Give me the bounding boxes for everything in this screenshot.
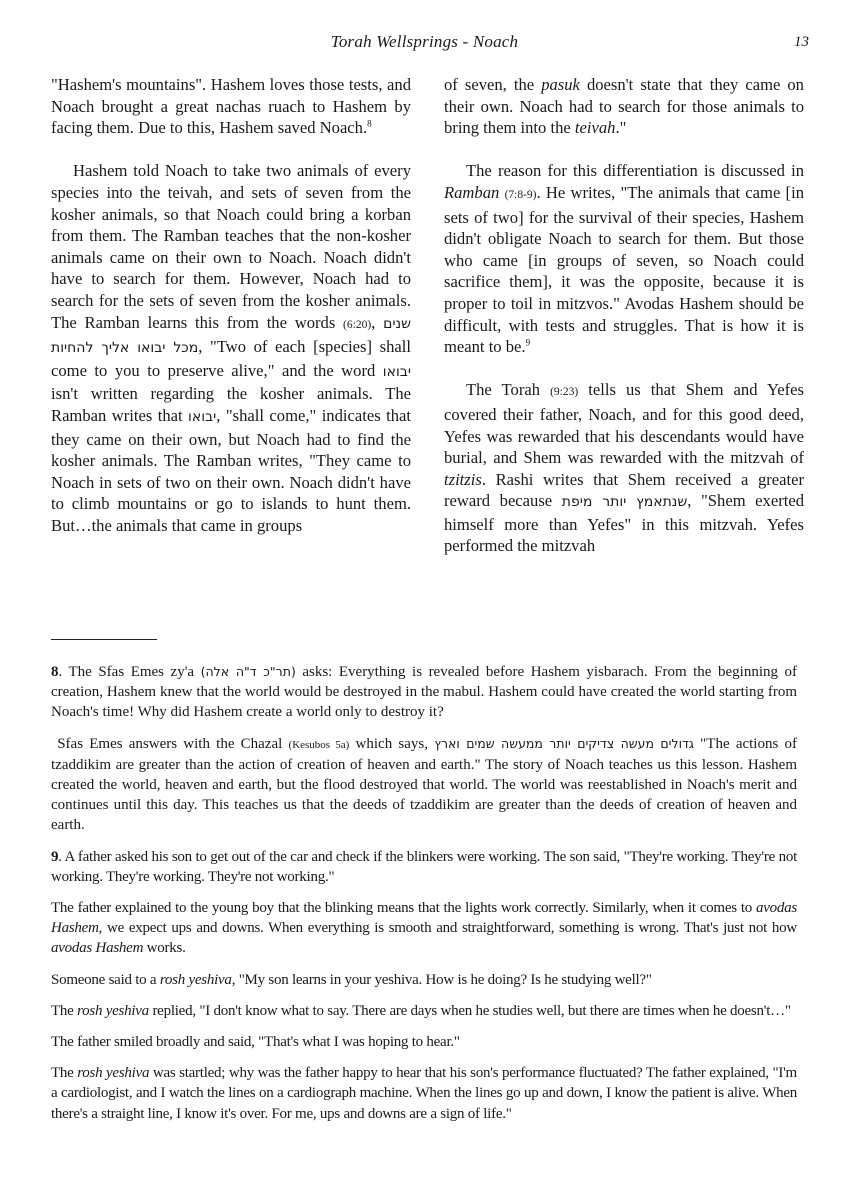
footnote-text: The father smiled broadly and said, "Tha…: [51, 1034, 460, 1050]
italic-term: pasuk: [541, 75, 580, 94]
italic-term: rosh yeshiva: [77, 1003, 149, 1019]
verse-reference: (9:23): [550, 386, 578, 398]
verse-reference: (7:8-9): [505, 189, 537, 201]
running-title: Torah Wellsprings - Noach: [0, 32, 849, 52]
paragraph: "Hashem's mountains". Hashem loves those…: [51, 74, 411, 139]
paragraph-text: of seven, the: [444, 75, 541, 94]
footnote-text: replied, "I don't know what to say. Ther…: [149, 1003, 791, 1019]
footnote-text: . A father asked his son to get out of t…: [51, 849, 797, 885]
footnote-text: The father explained to the young boy th…: [51, 900, 756, 916]
italic-term: avodas Hashem: [51, 940, 143, 956]
hebrew-quote: שנתאמץ יותר מיפת: [562, 494, 688, 510]
footnote-text: The: [51, 1003, 77, 1019]
footnote-text: . The Sfas Emes zy'a: [59, 664, 201, 680]
footnote-9: 9. A father asked his son to get out of …: [51, 847, 797, 887]
hebrew-quote: גדולים מעשה צדיקים יותר ממעשה שמים וארץ: [434, 736, 694, 751]
paragraph-text: The Torah: [466, 380, 550, 399]
left-column: "Hashem's mountains". Hashem loves those…: [51, 74, 411, 536]
verse-reference: (6:20): [343, 319, 371, 331]
paragraph: of seven, the pasuk doesn't state that t…: [444, 74, 804, 139]
paragraph-text: The reason for this differentiation is d…: [466, 161, 804, 180]
paragraph-text: . He writes, "The animals that came [in …: [444, 183, 804, 356]
italic-term: tzitzis: [444, 470, 482, 489]
italic-term: teivah: [575, 118, 616, 137]
page-number: 13: [794, 34, 809, 51]
footnote-9-paragraph: The rosh yeshiva was startled; why was t…: [51, 1063, 797, 1124]
hebrew-word: יבואו: [188, 409, 216, 425]
paragraph-text: , "shall come," indicates that they came…: [51, 406, 411, 535]
italic-term: Ramban: [444, 183, 499, 202]
paragraph-text: .": [615, 118, 626, 137]
paragraph: The reason for this differentiation is d…: [444, 160, 804, 357]
paragraph-text: "Hashem's mountains". Hashem loves those…: [51, 75, 411, 137]
right-column: of seven, the pasuk doesn't state that t…: [444, 74, 804, 557]
footnote-ref-9[interactable]: 9: [526, 338, 531, 348]
footnote-8-paragraph: Sfas Emes answers with the Chazal (Kesub…: [51, 734, 797, 836]
footnote-9-paragraph: The father smiled broadly and said, "Tha…: [51, 1032, 797, 1052]
footnote-8: 8. The Sfas Emes zy'a (תר"כ ד"ה אלה) ask…: [51, 662, 797, 723]
source-reference: (Kesubos 5a): [289, 739, 350, 751]
footnote-number: 8: [51, 664, 59, 680]
footnote-text: The: [51, 1065, 77, 1081]
footnote-text: Sfas Emes answers with the Chazal: [57, 736, 288, 752]
footnote-ref-8[interactable]: 8: [367, 119, 372, 129]
footnote-text: , we expect ups and downs. When everythi…: [99, 920, 797, 936]
footnote-9-paragraph: Someone said to a rosh yeshiva, "My son …: [51, 970, 797, 990]
paragraph: Hashem told Noach to take two animals of…: [51, 160, 411, 536]
footnote-text: Someone said to a: [51, 972, 160, 988]
footnote-separator: [51, 639, 157, 640]
footnotes: 8. The Sfas Emes zy'a (תר"כ ד"ה אלה) ask…: [51, 662, 797, 1135]
italic-term: rosh yeshiva: [77, 1065, 149, 1081]
footnote-text: works.: [143, 940, 185, 956]
footnote-text: was startled; why was the father happy t…: [51, 1065, 797, 1121]
footnote-text: which says,: [349, 736, 434, 752]
footnote-9-paragraph: The rosh yeshiva replied, "I don't know …: [51, 1001, 797, 1021]
source-reference: (תר"כ ד"ה אלה): [201, 664, 296, 679]
running-header: Torah Wellsprings - Noach 13: [0, 32, 849, 56]
hebrew-word: יבואו: [383, 364, 411, 380]
footnote-9-paragraph: The father explained to the young boy th…: [51, 898, 797, 959]
footnote-text: , "My son learns in your yeshiva. How is…: [232, 972, 652, 988]
italic-term: rosh yeshiva: [160, 972, 232, 988]
paragraph: The Torah (9:23) tells us that Shem and …: [444, 379, 804, 557]
punctuation: ,: [371, 313, 383, 332]
paragraph-text: Hashem told Noach to take two animals of…: [51, 161, 411, 331]
